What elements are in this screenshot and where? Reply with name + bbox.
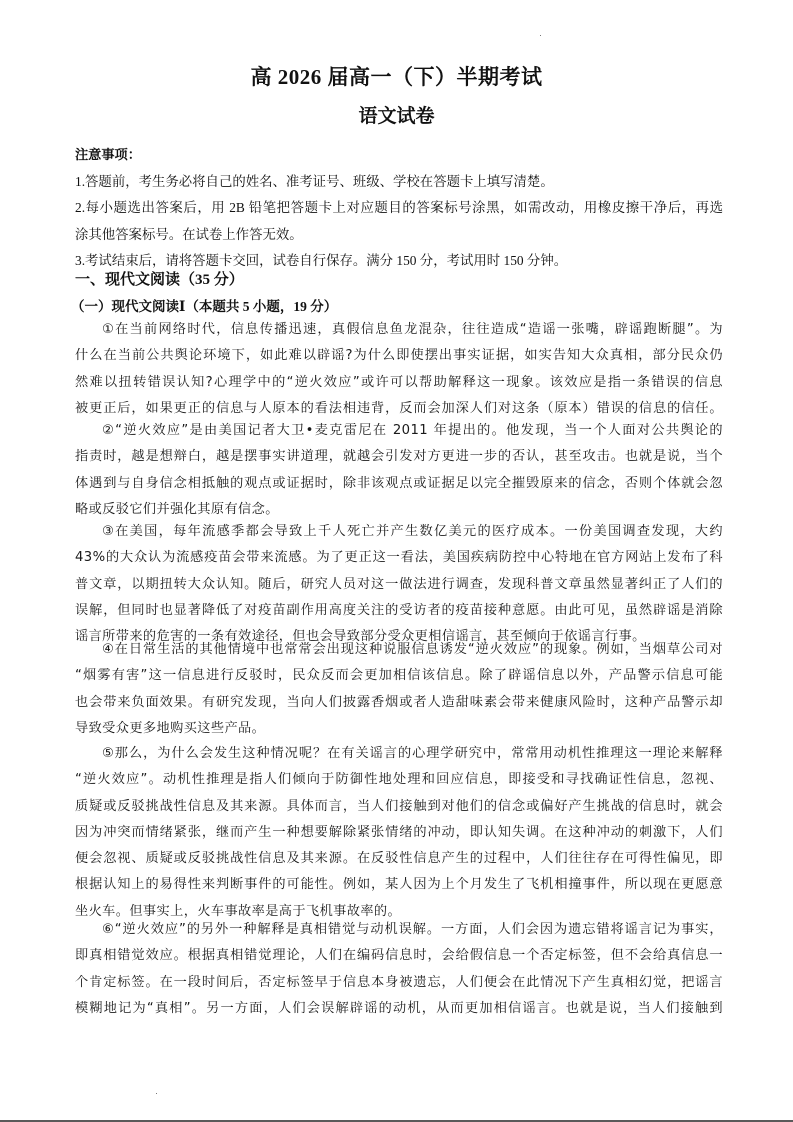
- paragraph-1: ①在当前网络时代，信息传播迅速，真假信息鱼龙混杂，往往造成“造谣一张嘴，辟谣跑断…: [75, 317, 723, 422]
- scan-speck: [540, 35, 541, 36]
- paragraph-3: ③在美国，每年流感季都会导致上千人死亡并产生数亿美元的医疗成本。一份美国调查发现…: [75, 519, 723, 650]
- paragraph-line: 误解，但同时也显著降低了对疫苗副作用高度关注的受访者的疫苗接种意愿。由此可见，虽…: [75, 598, 723, 624]
- exam-page: 高 2026 届高一（下）半期考试 语文试卷 注意事项： 1.答题前，考生务必将…: [0, 0, 793, 1120]
- subsection-heading: （一）现代文阅读Ⅰ（本题共 5 小题，19 分）: [71, 294, 723, 319]
- paragraph-line: 质疑或反驳挑战性信息及其来源。具体而言，当人们接触到对他们的信念或偏好产生挑战的…: [75, 794, 723, 820]
- paragraph-line: 模糊地记为“真相”。另一方面，人们会误解辟谣的动机，从而更加相信谣言。也就是说，…: [75, 996, 723, 1022]
- paragraph-5: ⑤那么，为什么会发生这种情况呢？在有关谣言的心理学研究中，常常用动机性推理这一理…: [75, 741, 723, 925]
- paragraph-line: ①在当前网络时代，信息传播迅速，真假信息鱼龙混杂，往往造成“造谣一张嘴，辟谣跑断…: [75, 317, 723, 343]
- note-line: 1.答题前，考生务必将自己的姓名、准考证号、班级、学校在答题卡上填写清楚。: [75, 169, 723, 195]
- paragraph-line: 个肯定标签。在一段时间后，否定标签早于信息本身被遗忘，人们便会在此情况下产生真相…: [75, 970, 723, 996]
- paragraph-line: 普文章，以期扭转大众认知。随后，研究人员对这一做法进行调查，发现科普文章虽然显著…: [75, 572, 723, 598]
- paragraph-line: ②“逆火效应”是由美国记者大卫•麦克雷尼在 2011 年提出的。他发现，当一个人…: [75, 418, 723, 444]
- paragraph-line: 指责时，越是想辩白，越是摆事实讲道理，就越会引发对方更进一步的否认，甚至攻击。也…: [75, 444, 723, 470]
- paragraph-line: 也会带来负面效果。有研究发现，当向人们披露香烟或者人造甜味素会带来健康风险时，这…: [75, 690, 723, 716]
- paragraph-line: 导致受众更多地购买这些产品。: [75, 716, 723, 742]
- paragraph-line: 然难以扭转错误认知?心理学中的“逆火效应”或许可以帮助解释这一现象。该效应是指一…: [75, 370, 723, 396]
- paragraph-line: 即真相错觉效应。根据真相错觉理论，人们在编码信息时，会给假信息一个否定标签，但不…: [75, 943, 723, 969]
- paragraph-line: 什么在当前公共舆论环境下，如此难以辟谣?为什么即使摆出事实证据，如实告知大众真相…: [75, 343, 723, 369]
- reading-section: 一、现代文阅读（35 分） （一）现代文阅读Ⅰ（本题共 5 小题，19 分）: [75, 266, 723, 319]
- scan-speck: [156, 1093, 157, 1094]
- paragraph-line: “烟雾有害”这一信息进行反驳时，民众反而会更加相信该信息。除了辟谣信息以外，产品…: [75, 663, 723, 689]
- paragraph-line: ⑤那么，为什么会发生这种情况呢？在有关谣言的心理学研究中，常常用动机性推理这一理…: [75, 741, 723, 767]
- exam-subtitle: 语文试卷: [0, 103, 793, 131]
- paragraph-line: “逆火效应”。动机性推理是指人们倾向于防御性地处理和回应信息，即接受和寻找确证性…: [75, 767, 723, 793]
- note-line: 涂其他答案标号。在试卷上作答无效。: [75, 222, 723, 248]
- paragraph-line: 根据认知上的易得性来判断事件的可能性。例如，某人因为上个月发生了飞机相撞事件，所…: [75, 872, 723, 898]
- exam-title: 高 2026 届高一（下）半期考试: [0, 62, 793, 92]
- section-heading: 一、现代文阅读（35 分）: [75, 266, 723, 294]
- paragraph-2: ②“逆火效应”是由美国记者大卫•麦克雷尼在 2011 年提出的。他发现，当一个人…: [75, 418, 723, 523]
- paragraph-line: 43%的大众认为流感疫苗会带来流感。为了更正这一看法，美国疾病防控中心特地在官方…: [75, 545, 723, 571]
- notes-section: 注意事项： 1.答题前，考生务必将自己的姓名、准考证号、班级、学校在答题卡上填写…: [75, 143, 723, 274]
- paragraph-line: 体遇到与自身信念相抵触的观点或证据时，除非该观点或证据足以完全摧毁原来的信念，否…: [75, 471, 723, 497]
- paragraph-line: 便会忽视、质疑或反驳挑战性信息及其来源。在反驳性信息产生的过程中，人们往往存在可…: [75, 846, 723, 872]
- paragraph-line: ④在日常生活的其他情境中也常常会出现这种说服信息诱发“逆火效应”的现象。例如，当…: [75, 637, 723, 663]
- note-line: 2.每小题选出答案后，用 2B 铅笔把答题卡上对应题目的答案标号涂黑，如需改动，…: [75, 195, 723, 221]
- paragraph-line: ③在美国，每年流感季都会导致上千人死亡并产生数亿美元的医疗成本。一份美国调查发现…: [75, 519, 723, 545]
- paragraph-line: 因为冲突而情绪紧张，继而产生一种想要解除紧张情绪的冲动，即认知失调。在这种冲动的…: [75, 820, 723, 846]
- paragraph-line: ⑥“逆火效应”的另外一种解释是真相错觉与动机误解。一方面，人们会因为遗忘错将谣言…: [75, 917, 723, 943]
- notes-heading: 注意事项：: [75, 143, 723, 169]
- paragraph-6: ⑥“逆火效应”的另外一种解释是真相错觉与动机误解。一方面，人们会因为遗忘错将谣言…: [75, 917, 723, 1022]
- paragraph-4: ④在日常生活的其他情境中也常常会出现这种说服信息诱发“逆火效应”的现象。例如，当…: [75, 637, 723, 742]
